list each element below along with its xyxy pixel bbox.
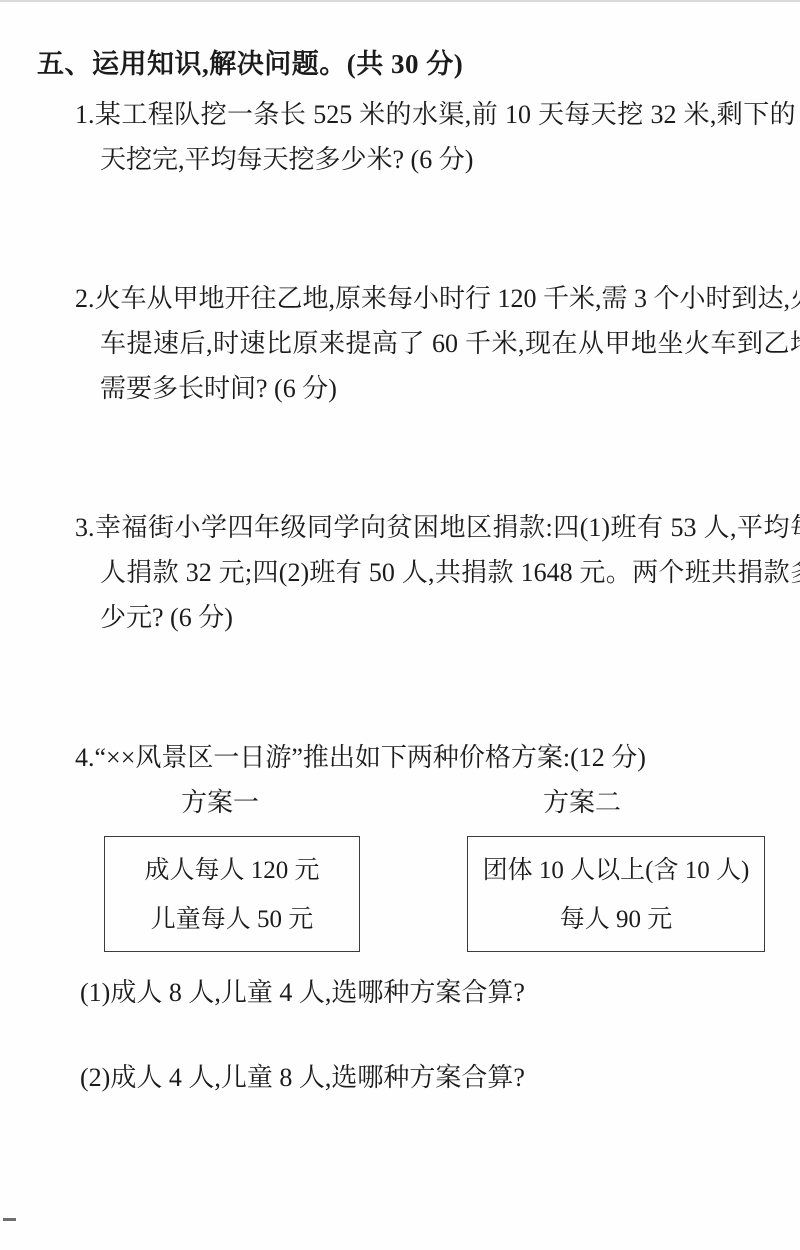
plan-1-box: 成人每人 120 元 儿童每人 50 元 bbox=[104, 836, 360, 952]
question-4: 4.“××风景区一日游”推出如下两种价格方案:(12 分) bbox=[75, 735, 800, 780]
plan-2-line-2: 每人 90 元 bbox=[468, 895, 764, 944]
sub-question-1: (1)成人 8 人,儿童 4 人,选哪种方案合算? bbox=[80, 976, 525, 1010]
plan-2-line-1: 团体 10 人以上(含 10 人) bbox=[468, 846, 764, 895]
question-4-number: 4. bbox=[75, 743, 95, 772]
question-1: 1.某工程队挖一条长 525 米的水渠,前 10 天每天挖 32 米,剩下的 5… bbox=[75, 92, 800, 182]
question-2-number: 2. bbox=[75, 284, 95, 313]
question-3-number: 3. bbox=[75, 513, 95, 542]
scan-artifact-bottom-dash bbox=[3, 1218, 16, 1221]
question-3: 3.幸福街小学四年级同学向贫困地区捐款:四(1)班有 53 人,平均每人捐款 3… bbox=[75, 505, 800, 640]
section-title: 五、运用知识,解决问题。(共 30 分) bbox=[37, 42, 463, 81]
plan-1-label: 方案一 bbox=[181, 787, 259, 819]
question-3-text: 幸福街小学四年级同学向贫困地区捐款:四(1)班有 53 人,平均每人捐款 32 … bbox=[95, 513, 800, 632]
worksheet-page: 五、运用知识,解决问题。(共 30 分) 1.某工程队挖一条长 525 米的水渠… bbox=[0, 0, 800, 1250]
sub-question-2: (2)成人 4 人,儿童 8 人,选哪种方案合算? bbox=[80, 1061, 525, 1095]
plan-2-box: 团体 10 人以上(含 10 人) 每人 90 元 bbox=[467, 836, 765, 952]
question-2-text: 火车从甲地开往乙地,原来每小时行 120 千米,需 3 个小时到达,火车提速后,… bbox=[95, 284, 800, 403]
plan-2-label: 方案二 bbox=[543, 787, 621, 819]
question-2: 2.火车从甲地开往乙地,原来每小时行 120 千米,需 3 个小时到达,火车提速… bbox=[75, 276, 800, 411]
question-1-text: 某工程队挖一条长 525 米的水渠,前 10 天每天挖 32 米,剩下的 5 天… bbox=[95, 100, 800, 174]
scan-artifact-top-line bbox=[0, 0, 800, 2]
plan-1-line-2: 儿童每人 50 元 bbox=[105, 895, 359, 944]
question-4-text: “××风景区一日游”推出如下两种价格方案:(12 分) bbox=[95, 743, 646, 772]
question-1-number: 1. bbox=[75, 100, 95, 129]
plan-1-line-1: 成人每人 120 元 bbox=[105, 846, 359, 895]
